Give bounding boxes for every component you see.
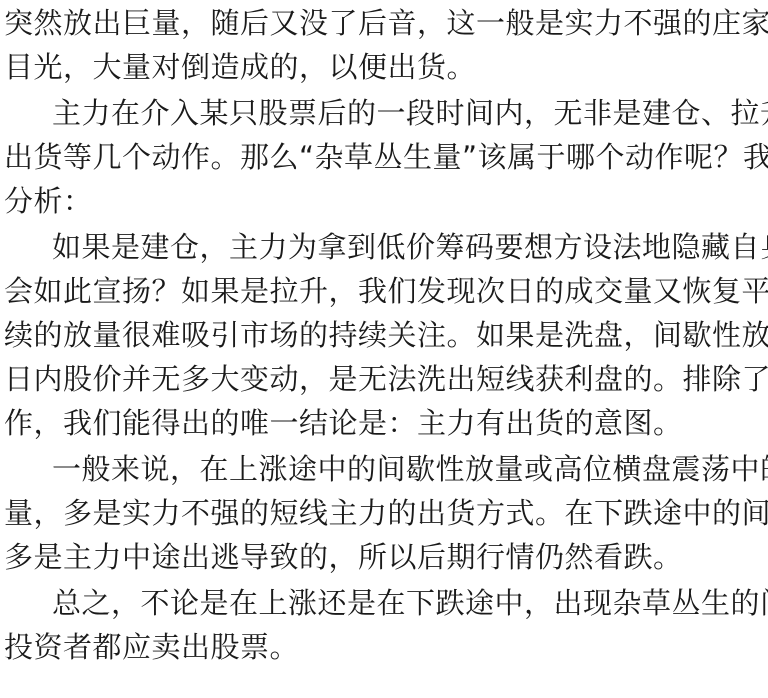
paragraph-1-line-2: 目光，大量对倒造成的，以便出货。 — [4, 50, 764, 84]
paragraph-4-line-2: 量，多是实力不强的短线主力的出货方式。在下跌途中的间歇性放量， — [4, 496, 764, 530]
paragraph-2-line-1: 主力在介入某只股票后的一段时间内，无非是建仓、拉升、洗盘、 — [52, 96, 768, 130]
paragraph-4-line-1: 一般来说，在上涨途中的间歇性放量或高位横盘震荡中的间歇性放 — [52, 452, 768, 486]
document-page: 突然放出巨量，随后又没了后音，这一般是实力不强的庄家为吸引市场 目光，大量对倒造… — [0, 0, 768, 698]
paragraph-3-line-5: 作，我们能得出的唯一结论是：主力有出货的意图。 — [4, 406, 764, 440]
paragraph-3-line-4: 日内股价并无多大变动，是无法洗出短线获利盘的。排除了上述三个动 — [4, 362, 764, 396]
paragraph-3-line-1: 如果是建仓，主力为拿到低价筹码要想方设法地隐藏自身踪迹，哪 — [52, 230, 768, 264]
paragraph-1-line-1: 突然放出巨量，随后又没了后音，这一般是实力不强的庄家为吸引市场 — [4, 6, 764, 40]
paragraph-5-line-2: 投资者都应卖出股票。 — [4, 630, 764, 664]
paragraph-3-line-3: 续的放量很难吸引市场的持续关注。如果是洗盘，间歇性放量的前后几 — [4, 318, 764, 352]
paragraph-3-line-2: 会如此宣扬？如果是拉升，我们发现次日的成交量又恢复平静，不是连 — [4, 274, 764, 308]
paragraph-2-line-3: 分析： — [4, 184, 764, 218]
paragraph-2-line-2: 出货等几个动作。那么“杂草丛生量”该属于哪个动作呢？我们试着 — [4, 140, 764, 174]
paragraph-4-line-3: 多是主力中途出逃导致的，所以后期行情仍然看跌。 — [4, 540, 764, 574]
paragraph-5-line-1: 总之，不论是在上涨还是在下跌途中，出现杂草丛生的间歇性放量， — [52, 586, 768, 620]
